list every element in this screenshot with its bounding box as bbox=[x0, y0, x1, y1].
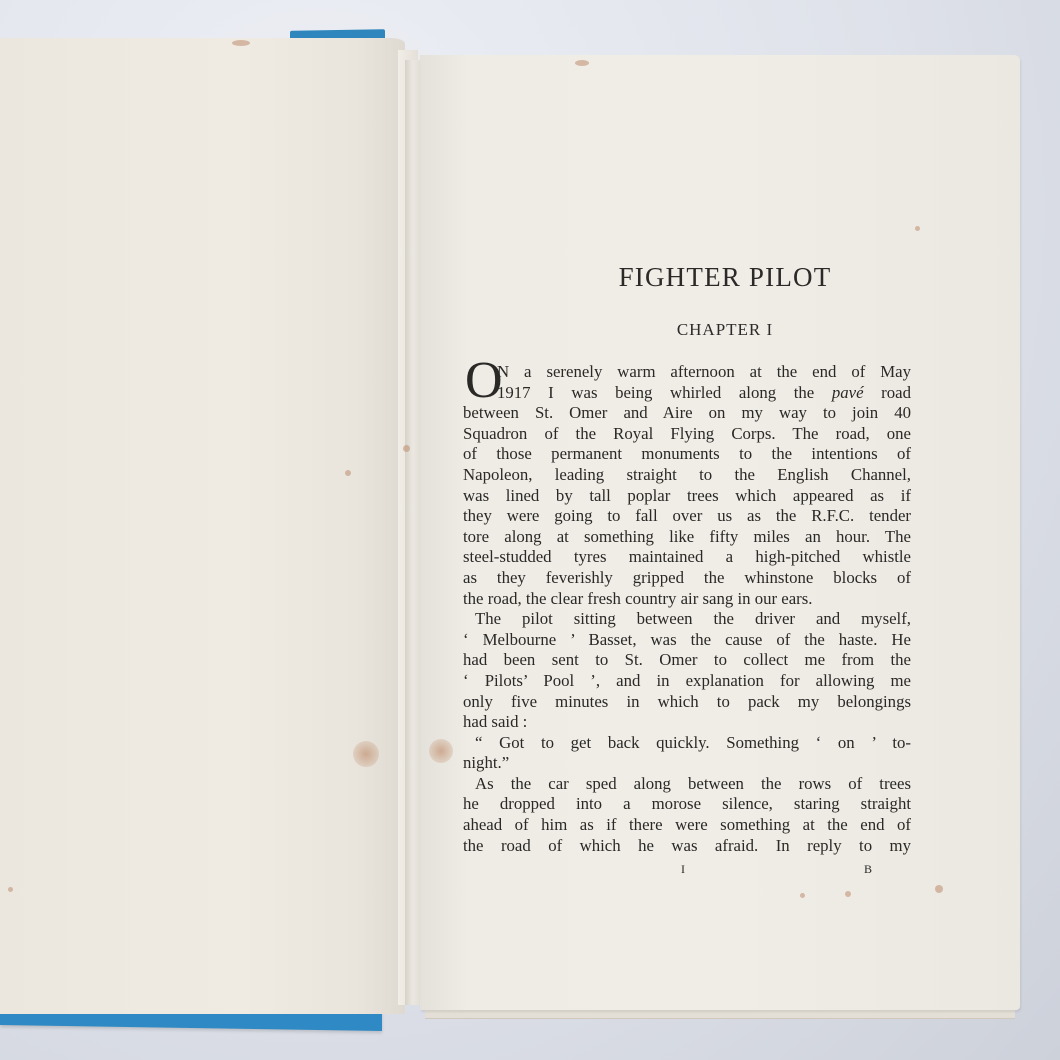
text-line: only five minutes in which to pack my be… bbox=[463, 692, 911, 713]
foxing-spot bbox=[935, 885, 943, 893]
page-number: I bbox=[681, 862, 685, 877]
text-line: as they feverishly gripped the whinstone… bbox=[463, 568, 911, 589]
text-line: he dropped into a morose silence, starin… bbox=[463, 794, 911, 815]
text-line: tore along at something like fifty miles… bbox=[463, 527, 911, 548]
text-line: The pilot sitting between the driver and… bbox=[463, 609, 911, 630]
text-line: had been sent to St. Omer to collect me … bbox=[463, 650, 911, 671]
text-line: of those permanent monuments to the inte… bbox=[463, 444, 911, 465]
foxing-spot bbox=[8, 887, 13, 892]
foxing-stain-right bbox=[429, 739, 453, 763]
text-line: “ Got to get back quickly. Something ‘ o… bbox=[463, 733, 911, 754]
text-line: ahead of him as if there were something … bbox=[463, 815, 911, 836]
text-line: steel-studded tyres maintained a high-pi… bbox=[463, 547, 911, 568]
foxing-stain-left bbox=[353, 741, 379, 767]
foxing-spot bbox=[845, 891, 851, 897]
foxing-spot bbox=[575, 60, 589, 66]
text-line: between St. Omer and Aire on my way to j… bbox=[463, 403, 911, 424]
foxing-spot bbox=[345, 470, 351, 476]
text-line: 1917 I was being whirled along the pavé … bbox=[497, 383, 911, 404]
text-line: Napoleon, leading straight to the Englis… bbox=[463, 465, 911, 486]
body-text: N a serenely warm afternoon at the end o… bbox=[463, 362, 911, 856]
text-line: ‘ Melbourne ’ Basset, was the cause of t… bbox=[463, 630, 911, 651]
text-line: the road, the clear fresh country air sa… bbox=[463, 589, 911, 610]
text-line: night.” bbox=[463, 753, 911, 774]
text-line: the road of which he was afraid. In repl… bbox=[463, 836, 911, 857]
chapter-heading: CHAPTER I bbox=[420, 320, 1030, 340]
foxing-spot bbox=[800, 893, 805, 898]
text-line: ‘ Pilots’ Pool ’, and in explanation for… bbox=[463, 671, 911, 692]
foxing-spot bbox=[915, 226, 920, 231]
foxing-spot bbox=[403, 445, 410, 452]
text-line: N a serenely warm afternoon at the end o… bbox=[497, 362, 911, 383]
signature-mark: B bbox=[864, 862, 872, 877]
text-line: had said : bbox=[463, 712, 911, 733]
book-title: FIGHTER PILOT bbox=[420, 262, 1030, 293]
text-line: was lined by tall poplar trees which app… bbox=[463, 486, 911, 507]
text-line: As the car sped along between the rows o… bbox=[463, 774, 911, 795]
left-page-blank bbox=[0, 38, 405, 1014]
text-line: Squadron of the Royal Flying Corps. The … bbox=[463, 424, 911, 445]
foxing-spot bbox=[232, 40, 250, 46]
text-line: they were going to fall over us as the R… bbox=[463, 506, 911, 527]
